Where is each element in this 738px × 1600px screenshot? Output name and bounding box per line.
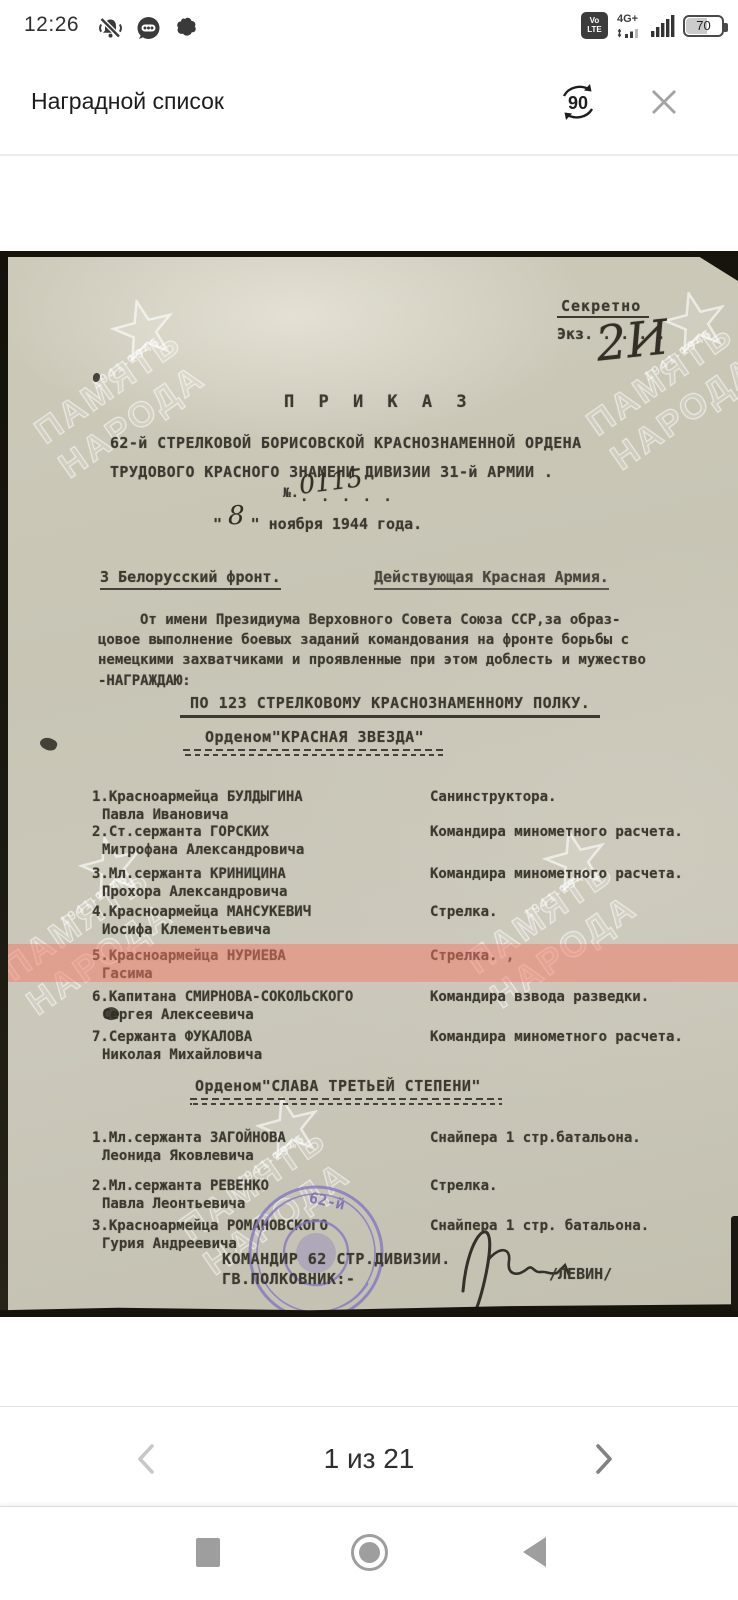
dashed-underline xyxy=(183,749,445,756)
mute-vibrate-icon xyxy=(97,15,124,47)
sim2-signal-icon xyxy=(615,25,643,38)
award-entry: 4.Красноармейца МАНСУКЕВИЧ Иосифа Клемен… xyxy=(92,903,712,939)
scan-edge-left xyxy=(0,251,8,1317)
android-nav-bar xyxy=(0,1506,738,1600)
pagination-bar: 1 из 21 xyxy=(0,1406,738,1506)
status-bar: 12:26 xyxy=(0,0,738,56)
award-heading-red-star: Орденом"КРАСНАЯ ЗВЕЗДА" xyxy=(205,728,424,746)
star-icon xyxy=(105,292,183,370)
close-icon[interactable] xyxy=(646,84,682,120)
date-day-handwritten: 8 xyxy=(222,501,251,531)
status-system-icons: Vo LTE 4G+ 70 xyxy=(581,12,724,39)
battery-level: 70 xyxy=(685,18,722,33)
clock: 12:26 xyxy=(24,13,79,37)
chat-notification-icon xyxy=(135,15,162,47)
order-date: "8" ноября 1944 года. xyxy=(213,506,422,536)
round-stamp: 62-й xyxy=(242,1179,390,1317)
rotate-90-button[interactable]: 90 xyxy=(552,76,604,128)
scan-edge-top xyxy=(0,251,738,257)
order-title: П Р И К А З xyxy=(284,392,474,412)
header-divider xyxy=(0,154,738,156)
volte-icon: Vo LTE xyxy=(581,12,608,39)
front-label: 3 Белорусский фронт. xyxy=(100,568,281,590)
network-indicator: 4G+ xyxy=(615,14,643,38)
award-entry: 1.Красноармейца БУЛДЫГИНА Павла Иванович… xyxy=(92,788,712,824)
copy-number-handwritten: 2И xyxy=(593,309,671,372)
scan-corner-top-right xyxy=(690,251,738,281)
preamble-line: цовое выполнение боевых заданий командов… xyxy=(98,632,629,648)
signature-name: /ЛЕВИН/ xyxy=(549,1265,612,1283)
network-type-label: 4G+ xyxy=(617,14,638,25)
home-icon[interactable] xyxy=(351,1534,388,1571)
back-icon[interactable] xyxy=(523,1537,546,1567)
app-notification-icon xyxy=(173,15,199,47)
award-entry: 7.Сержанта ФУКАЛОВА Николая Михайловича … xyxy=(92,1028,712,1064)
page-title: Наградной список xyxy=(31,88,224,115)
ink-blot xyxy=(93,373,100,382)
next-page-icon[interactable] xyxy=(592,1441,616,1477)
commander-line: КОМАНДИР 62 СТР.ДИВИЗИИ. xyxy=(222,1250,451,1268)
award-entry: 6.Капитана СМИРНОВА-СОКОЛЬСКОГО Сергея А… xyxy=(92,988,712,1024)
page-counter: 1 из 21 xyxy=(0,1443,738,1475)
recents-icon[interactable] xyxy=(196,1538,220,1567)
army-label: Действующая Красная Армия. xyxy=(374,568,609,590)
award-entry: 2.Мл.сержанта РЕВЕНКО Павла Леонтьевича … xyxy=(92,1177,712,1213)
award-entry: 1.Мл.сержанта ЗАГОЙНОВА Леонида Яковлеви… xyxy=(92,1129,712,1165)
award-entry: 3.Мл.сержанта КРИНИЦИНА Прохора Александ… xyxy=(92,865,712,901)
preamble-line: От имени Президиума Верховного Совета Со… xyxy=(140,612,620,628)
rotate-90-label: 90 xyxy=(568,93,588,113)
battery-icon: 70 xyxy=(683,15,724,37)
dashed-underline xyxy=(190,1098,502,1105)
phone-screen: 12:26 xyxy=(0,0,738,1600)
preamble-line: -НАГРАЖДАЮ: xyxy=(98,673,191,689)
document-image[interactable]: 1941-1945 ПАМЯТЬНАРОДА 1941-1945 ПАМЯТЬН… xyxy=(0,251,738,1317)
order-number-prefix: №. xyxy=(283,486,299,501)
regiment-heading: ПО 123 СТРЕЛКОВОМУ КРАСНОЗНАМЕННОМУ ПОЛК… xyxy=(180,694,600,718)
ink-blot xyxy=(38,735,58,753)
rank-line: ГВ.ПОЛКОВНИК:- xyxy=(222,1270,355,1288)
signal-bars-icon xyxy=(650,14,676,38)
header-bar: Наградной список 90 xyxy=(0,56,738,154)
award-entry: 2.Ст.сержанта ГОРСКИХ Митрофана Александ… xyxy=(92,823,712,859)
preamble-line: немецкими захватчиками и проявленные при… xyxy=(98,652,646,668)
award-heading-glory-third-class: Орденом"СЛАВА ТРЕТЬЕЙ СТЕПЕНИ" xyxy=(195,1077,481,1095)
search-highlight-band xyxy=(0,944,738,982)
division-line-1: 62-й СТРЕЛКОВОЙ БОРИСОВСКОЙ КРАСНОЗНАМЕН… xyxy=(110,434,582,452)
scan-corner-bottom-right xyxy=(731,1216,738,1311)
status-notification-icons xyxy=(97,15,199,47)
